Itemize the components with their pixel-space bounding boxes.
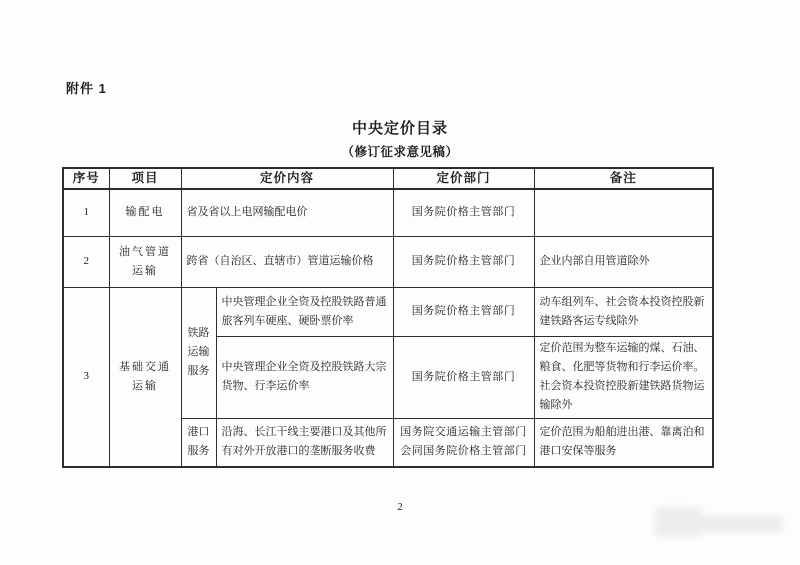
document-page: 附件 1 中央定价目录 （修订征求意见稿） 序号 项目 定价内容 定价部门 备注… <box>0 0 800 565</box>
row2-no: 2 <box>63 236 109 287</box>
row1-note <box>534 189 713 236</box>
table-row: 2 油气管道运输 跨省（自治区、直辖市）管道运输价格 国务院价格主管部门 企业内… <box>63 236 713 287</box>
table-header-row: 序号 项目 定价内容 定价部门 备注 <box>63 168 713 189</box>
row3a-department: 国务院价格主管部门 <box>393 287 534 336</box>
header-content: 定价内容 <box>181 168 393 189</box>
row1-department: 国务院价格主管部门 <box>393 189 534 236</box>
row3-item: 基础交通运输 <box>109 287 181 467</box>
table-row: 1 输配电 省及省以上电网输配电价 国务院价格主管部门 <box>63 189 713 236</box>
row2-department: 国务院价格主管部门 <box>393 236 534 287</box>
table-row: 3 基础交通运输 铁路运输服务 中央管理企业全资及控股铁路普通旅客列车硬座、硬卧… <box>63 287 713 336</box>
document-title: 中央定价目录 <box>0 117 800 138</box>
row3-sub-rail: 铁路运输服务 <box>181 287 216 418</box>
document-subtitle: （修订征求意见稿） <box>0 142 800 160</box>
row3b-content: 中央管理企业全资及控股铁路大宗货物、行李运价率 <box>216 336 393 418</box>
row3b-note: 定价范围为整车运输的煤、石油、粮食、化肥等货物和行李运价率。社会资本投资控股新建… <box>534 336 713 418</box>
header-note: 备注 <box>534 168 713 189</box>
row3c-department: 国务院交通运输主管部门会同国务院价格主管部门 <box>393 418 534 467</box>
row3c-content: 沿海、长江干线主要港口及其他所有对外开放港口的垄断服务收费 <box>216 418 393 467</box>
row3c-note: 定价范围为船舶进出港、靠离泊和港口安保等服务 <box>534 418 713 467</box>
row1-no: 1 <box>63 189 109 236</box>
row1-item: 输配电 <box>109 189 181 236</box>
row3-no: 3 <box>63 287 109 467</box>
row2-item: 油气管道运输 <box>109 236 181 287</box>
header-no: 序号 <box>63 168 109 189</box>
watermark-smudge <box>655 505 783 541</box>
row2-content: 跨省（自治区、直辖市）管道运输价格 <box>181 236 393 287</box>
row3a-content: 中央管理企业全资及控股铁路普通旅客列车硬座、硬卧票价率 <box>216 287 393 336</box>
row3b-department: 国务院价格主管部门 <box>393 336 534 418</box>
watermark-blob <box>695 515 783 533</box>
row3-sub-port: 港口服务 <box>181 418 216 467</box>
header-item: 项目 <box>109 168 181 189</box>
row1-content: 省及省以上电网输配电价 <box>181 189 393 236</box>
central-pricing-table: 序号 项目 定价内容 定价部门 备注 1 输配电 省及省以上电网输配电价 国务院… <box>62 167 714 468</box>
row2-note: 企业内部自用管道除外 <box>534 236 713 287</box>
row3a-note: 动车组列车、社会资本投资控股新建铁路客运专线除外 <box>534 287 713 336</box>
attachment-label: 附件 1 <box>66 78 107 97</box>
header-department: 定价部门 <box>393 168 534 189</box>
